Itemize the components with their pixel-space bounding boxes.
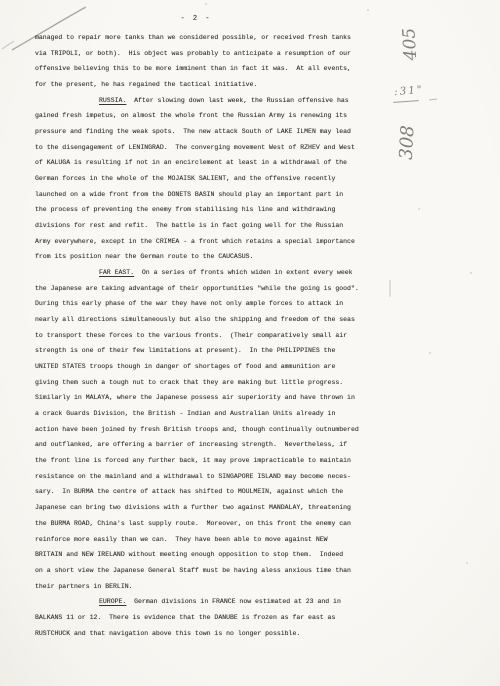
document-line: RUSSIA. After slowing down last week, th… — [35, 93, 361, 109]
document-line: the BURMA ROAD, China's last supply rout… — [35, 516, 361, 532]
document-line: EUROPE. German divisions in FRANCE now e… — [35, 594, 361, 610]
document-line: via TRIPOLI, or both). His object was pr… — [35, 46, 361, 62]
scan-speck — [466, 562, 468, 564]
document-line: nearly all directions simultaneously but… — [35, 312, 361, 328]
pencil-underline — [393, 100, 419, 103]
document-line: Similarly in MALAYA, where the Japanese … — [35, 390, 361, 406]
section-heading: FAR EAST. — [99, 269, 134, 276]
document-line: resistance on the mainland and a withdra… — [35, 469, 361, 485]
scan-speck — [429, 352, 431, 354]
document-line: for the present, he has regained the tac… — [35, 77, 361, 93]
document-line: to transport these forces to the various… — [35, 328, 361, 344]
document-line: Japanese can bring two divisions with a … — [35, 500, 361, 516]
document-line: Army everywhere, except in the CRIMEA - … — [35, 234, 361, 250]
pencil-note-bottom: 308 — [396, 125, 419, 160]
document-line: their partners in BERLIN. — [35, 579, 361, 595]
page-number: - 2 - — [35, 15, 357, 23]
document-line: BALKANS 11 or 12. There is evidence that… — [35, 610, 361, 626]
scanned-page: - 2 - managed to repair more tanks than … — [0, 0, 500, 686]
paragraph: managed to repair more tanks than we con… — [35, 30, 361, 93]
document-line: the front line is forced any further bac… — [35, 453, 361, 469]
document-line: UNITED STATES troops though in danger of… — [35, 359, 361, 375]
document-line: managed to repair more tanks than we con… — [35, 30, 361, 46]
document-line: reinforce more easily than we can. They … — [35, 532, 361, 548]
paragraph: RUSSIA. After slowing down last week, th… — [35, 93, 361, 265]
document-line: from its position near the German route … — [35, 249, 361, 265]
document-line: strength is one of their few limitations… — [35, 343, 361, 359]
document-line: giving them such a tough nut to crack th… — [35, 375, 361, 391]
scan-speck — [205, 3, 207, 5]
document-line: and outflanked, are offering a barrier o… — [35, 437, 361, 453]
scan-smudge — [389, 280, 391, 297]
section-heading: EUROPE. — [99, 598, 126, 605]
document-line: divisions for rest and refit. The battle… — [35, 218, 361, 234]
scan-speck — [418, 208, 420, 210]
document-line: pressure and finding the weak spots. The… — [35, 124, 361, 140]
document-line: German forces in the whole of the MOJAIS… — [35, 171, 361, 187]
pencil-note-middle: :31" — [394, 84, 425, 99]
document-line: BRITAIN and NEW IRELAND without meeting … — [35, 547, 361, 563]
document-line: the process of preventing the enemy from… — [35, 202, 361, 218]
document-line: FAR EAST. On a series of fronts which wi… — [35, 265, 361, 281]
document-line: to the disengagement of LENINGRAD. The c… — [35, 140, 361, 156]
document-line: the Japanese are taking advantage of the… — [35, 281, 361, 297]
document-line: of KALUGA is resulting if not in an enci… — [35, 155, 361, 171]
document-line: a crack Guards Division, the British - I… — [35, 406, 361, 422]
document-line: action have been joined by fresh British… — [35, 422, 361, 438]
text-block: managed to repair more tanks than we con… — [35, 30, 361, 641]
scan-speck — [470, 272, 472, 274]
document-line: RUSTCHUCK and that navigation above this… — [35, 626, 361, 642]
document-line: During this early phase of the war they … — [35, 296, 361, 312]
pencil-note-top: 405 — [399, 27, 421, 60]
document-line: offensive believing this to be more immi… — [35, 61, 361, 77]
section-heading: RUSSIA. — [99, 97, 126, 104]
document-line: on a short view the Japanese General Sta… — [35, 563, 361, 579]
scan-speck — [367, 9, 369, 11]
paragraph: FAR EAST. On a series of fronts which wi… — [35, 265, 361, 594]
document-line: gained fresh impetus, on almost the whol… — [35, 108, 361, 124]
pencil-dash — [429, 99, 437, 101]
document-line: sary. In BURMA the centre of attack has … — [35, 484, 361, 500]
document-line: launched on a wide front from the DONETS… — [35, 187, 361, 203]
paragraph: EUROPE. German divisions in FRANCE now e… — [35, 594, 361, 641]
